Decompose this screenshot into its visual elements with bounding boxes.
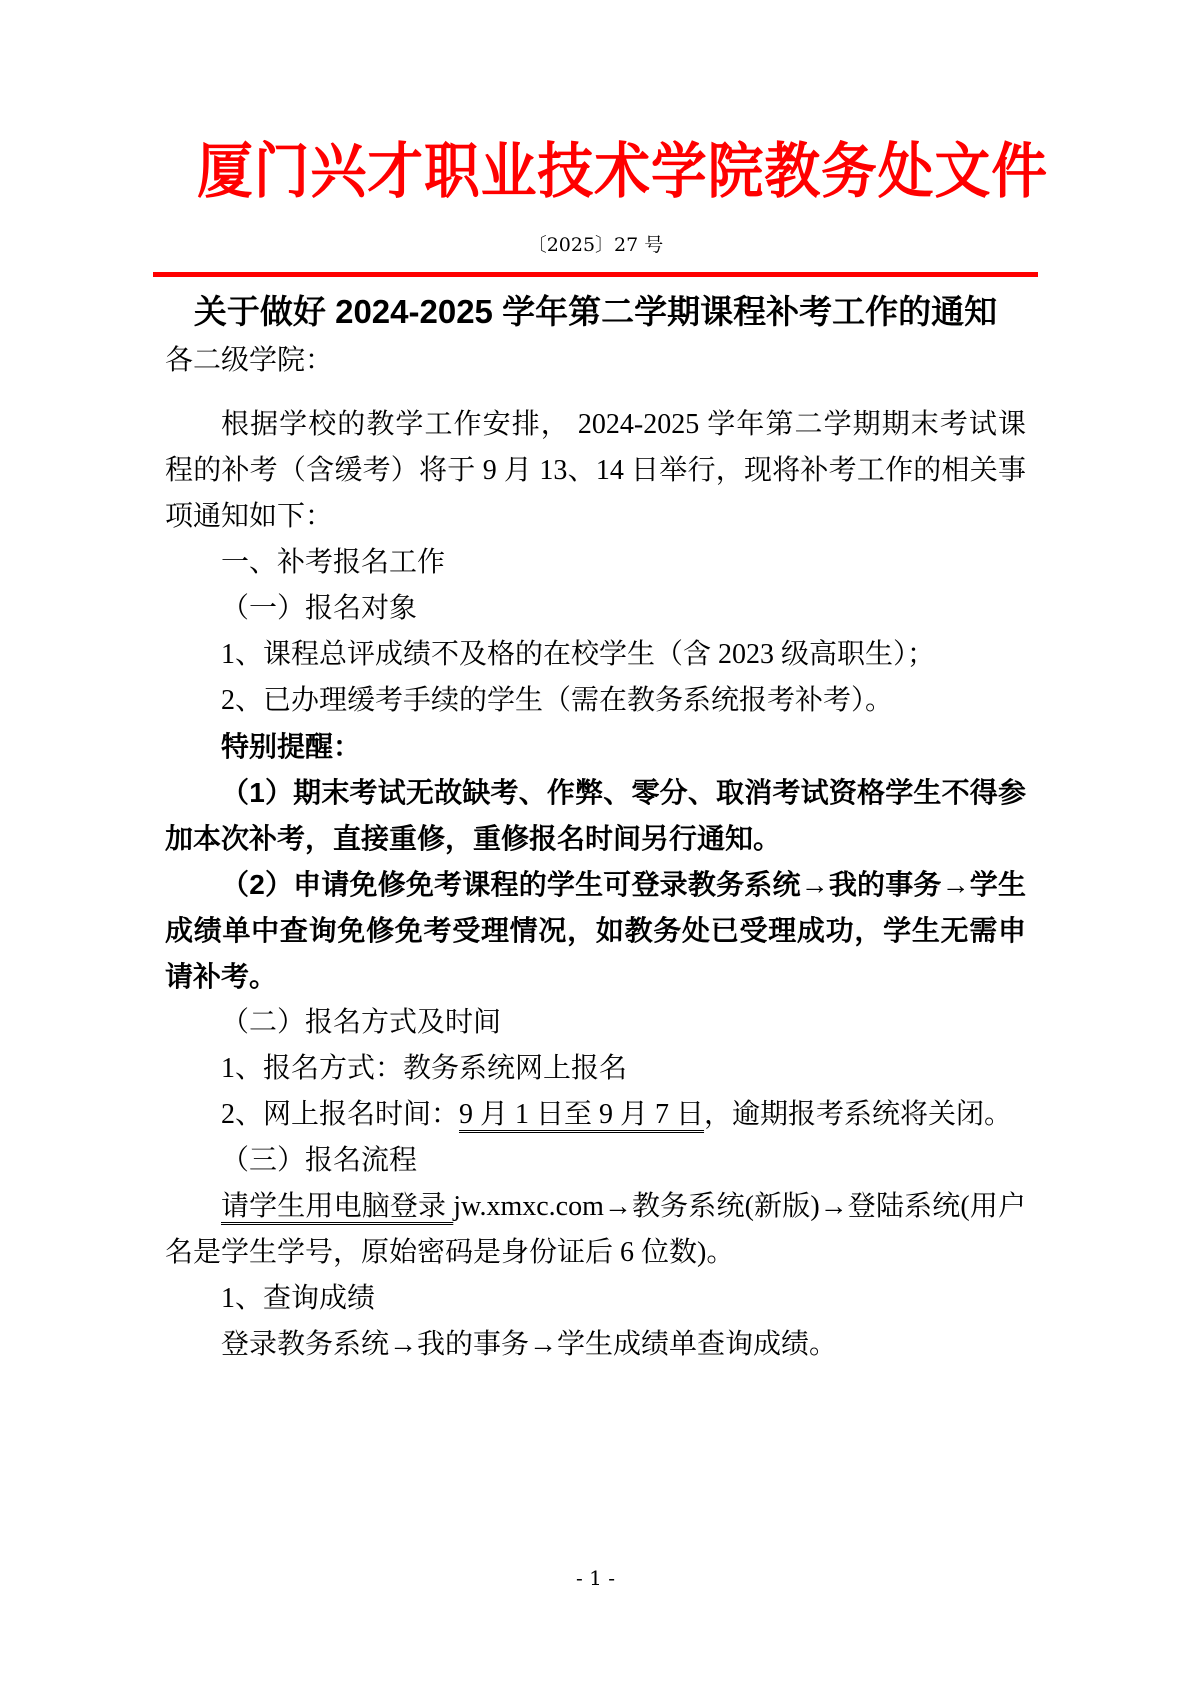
login-flow-paragraph: 请学生用电脑登录 jw.xmxc.com→教务系统(新版)→登陆系统(用户名是学… (165, 1184, 1026, 1276)
salutation: 各二级学院： (165, 338, 1026, 384)
section-3-heading: （三）报名流程 (165, 1138, 1026, 1184)
section-2-heading: （二）报名方式及时间 (165, 1000, 1026, 1046)
registration-time-paragraph: 2、网上报名时间：9 月 1 日至 9 月 7 日，逾期报考系统将关闭。 (165, 1092, 1026, 1138)
query-score-text: 登录教务系统→我的事务→学生成绩单查询成绩。 (165, 1322, 1026, 1368)
document-page: 厦门兴才职业技术学院教务处文件 〔2025〕27 号 关于做好 2024-202… (0, 0, 1191, 1684)
eligibility-item-2: 2、已办理缓考手续的学生（需在教务系统报考补考）。 (165, 678, 1026, 724)
login-flow-underlined: 请学生用电脑登录 (221, 1191, 453, 1222)
query-score-heading: 1、查询成绩 (165, 1276, 1026, 1322)
special-reminder-item-2: （2）申请免修免考课程的学生可登录教务系统→我的事务→学生成绩单中查询免修免考受… (165, 862, 1026, 1000)
notice-title: 关于做好 2024-2025 学年第二学期课程补考工作的通知 (165, 292, 1026, 332)
registration-time-suffix: ，逾期报考系统将关闭。 (704, 1099, 1012, 1130)
letterhead-title: 厦门兴才职业技术学院教务处文件 (165, 138, 1026, 222)
letterhead-title-text: 厦门兴才职业技术学院教务处文件 (197, 138, 1048, 206)
section-1-heading: 一、补考报名工作 (165, 540, 1026, 586)
eligibility-item-1: 1、课程总评成绩不及格的在校学生（含 2023 级高职生）； (165, 632, 1026, 678)
intro-paragraph: 根据学校的教学工作安排， 2024-2025 学年第二学期期末考试课程的补考（含… (165, 402, 1026, 540)
special-reminder-heading: 特别提醒： (165, 724, 1026, 770)
document-number: 〔2025〕27 号 (165, 234, 1026, 256)
letterhead-divider-rule (153, 272, 1038, 277)
letterhead: 厦门兴才职业技术学院教务处文件 〔2025〕27 号 (165, 138, 1026, 277)
special-reminder-item-1: （1）期末考试无故缺考、作弊、零分、取消考试资格学生不得参加本次补考，直接重修，… (165, 770, 1026, 862)
registration-method: 1、报名方式：教务系统网上报名 (165, 1046, 1026, 1092)
page-number: - 1 - (0, 1566, 1191, 1590)
registration-time-prefix: 2、网上报名时间： (221, 1099, 459, 1130)
registration-time-range: 9 月 1 日至 9 月 7 日 (459, 1099, 704, 1130)
document-content: 厦门兴才职业技术学院教务处文件 〔2025〕27 号 关于做好 2024-202… (0, 0, 1191, 1368)
section-1-sub-heading: （一）报名对象 (165, 586, 1026, 632)
notice-body: 各二级学院： 根据学校的教学工作安排， 2024-2025 学年第二学期期末考试… (165, 338, 1026, 1368)
